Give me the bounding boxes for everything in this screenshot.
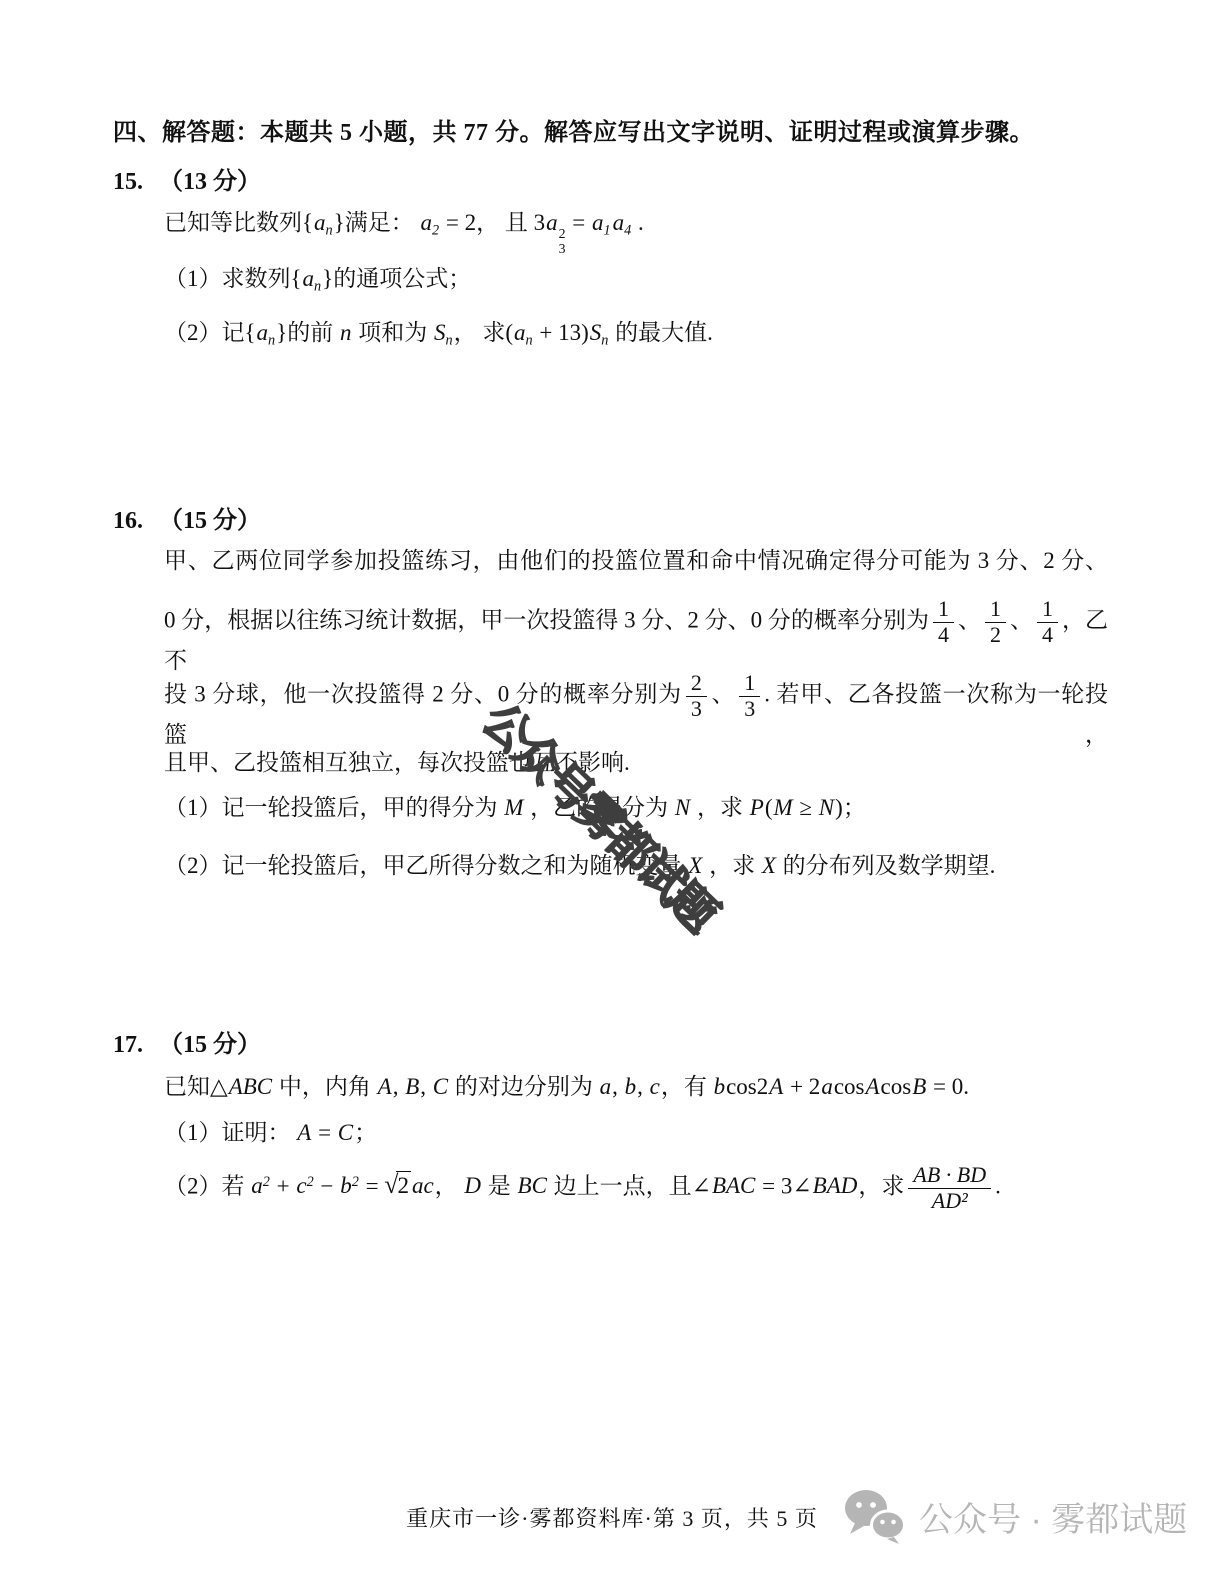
problem-16-line-2: 0 分，根据以往练习统计数据，甲一次投篮得 3 分、2 分、0 分的概率分别为1… bbox=[164, 597, 1108, 675]
wechat-icon bbox=[843, 1488, 907, 1544]
problem-15-intro: 已知等比数列{an}满足： a2 = 2， 且 3a23 = a1a4 . bbox=[164, 206, 644, 256]
problem-16-part-1: （1）记一轮投篮后，甲的得分为 M ，乙的得分为 N ，求 P(M ≥ N)； bbox=[164, 791, 866, 824]
wechat-badge: 公众号 · 雾都试题 bbox=[843, 1488, 1187, 1544]
problem-15-points: （13 分） bbox=[159, 169, 261, 195]
problem-17-heading: 17.（15 分） bbox=[113, 1024, 261, 1059]
problem-16-line-3: 投 3 分球，他一次投篮得 2 分、0 分的概率分别为23、13. 若甲、乙各投… bbox=[164, 671, 1108, 749]
problem-16-line-4: 且甲、乙投篮相互独立，每次投篮也互不影响. bbox=[164, 746, 630, 779]
problem-15-number: 15. bbox=[113, 169, 143, 195]
section-header: 四、解答题：本题共 5 小题，共 77 分。解答应写出文字说明、证明过程或演算步… bbox=[113, 112, 1113, 147]
problem-16-number: 16. bbox=[113, 508, 143, 534]
problem-16-points: （15 分） bbox=[159, 508, 261, 534]
exam-page: { "section_header": "四、解答题：本题共 5 小题，共 77… bbox=[0, 0, 1224, 1584]
problem-17-points: （15 分） bbox=[159, 1032, 261, 1058]
problem-17-part-2: （2）若 a2 + c2 − b2 = √2ac， D 是 BC 边上一点，且∠… bbox=[164, 1163, 1001, 1213]
problem-17-part-1: （1）证明： A = C； bbox=[164, 1116, 377, 1149]
problem-15-part-1: （1）求数列{an}的通项公式； bbox=[164, 262, 471, 295]
problem-16-heading: 16.（15 分） bbox=[113, 500, 261, 535]
problem-17-number: 17. bbox=[113, 1032, 143, 1058]
wechat-label: 公众号 · 雾都试题 bbox=[919, 1492, 1187, 1541]
problem-16-part-2: （2）记一轮投篮后，甲乙所得分数之和为随机变量 X ，求 X 的分布列及数学期望… bbox=[164, 849, 995, 882]
problem-15-heading: 15.（13 分） bbox=[113, 161, 261, 196]
problem-17-intro: 已知△ABC 中，内角 A, B, C 的对边分别为 a, b, c，有 bco… bbox=[164, 1070, 969, 1103]
problem-16-line-1: 甲、乙两位同学参加投篮练习，由他们的投篮位置和命中情况确定得分可能为 3 分、2… bbox=[164, 544, 1108, 577]
problem-15-part-2: （2）记{an}的前 n 项和为 Sn， 求(an + 13)Sn 的最大值. bbox=[164, 316, 713, 349]
